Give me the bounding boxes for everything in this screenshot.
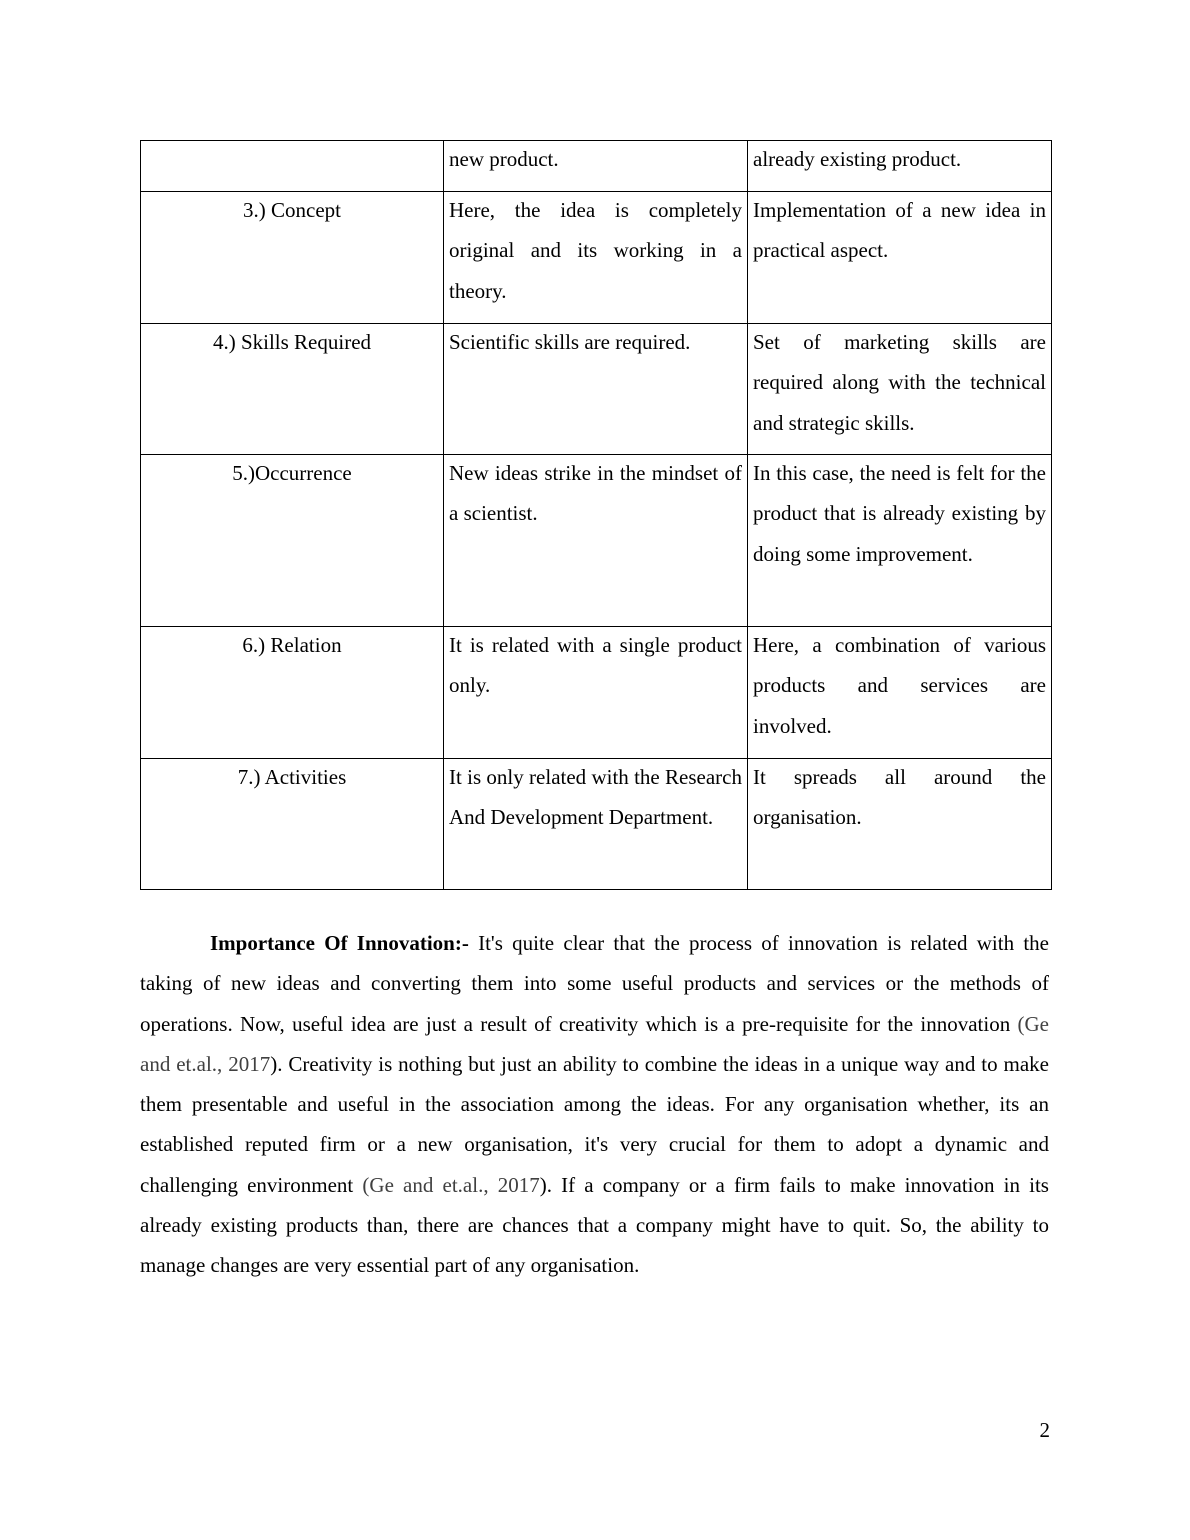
- row-label: 6.) Relation: [146, 625, 438, 665]
- table-row: 6.) Relation It is related with a single…: [141, 627, 1052, 759]
- innovation-cell: It is only related with the Research And…: [444, 759, 748, 890]
- innovation-text: New ideas strike in the mindset of a sci…: [449, 453, 742, 534]
- other-text: already existing product.: [753, 139, 1046, 179]
- table-row: 7.) Activities It is only related with t…: [141, 759, 1052, 890]
- other-text: Here, a combination of various products …: [753, 625, 1046, 746]
- row-label-cell: 3.) Concept: [141, 192, 444, 324]
- table-row: new product. already existing product.: [141, 141, 1052, 192]
- row-label-cell: 6.) Relation: [141, 627, 444, 759]
- row-label: 5.)Occurrence: [146, 453, 438, 493]
- row-label-cell: [141, 141, 444, 192]
- table-row: 4.) Skills Required Scientific skills ar…: [141, 324, 1052, 455]
- row-label-cell: 4.) Skills Required: [141, 324, 444, 455]
- comparison-table: new product. already existing product. 3…: [140, 140, 1052, 890]
- other-text: Set of marketing skills are required alo…: [753, 322, 1046, 443]
- other-cell: It spreads all around the organisation.: [748, 759, 1052, 890]
- row-label: 4.) Skills Required: [146, 322, 438, 362]
- table-row: 5.)Occurrence New ideas strike in the mi…: [141, 455, 1052, 627]
- innovation-cell: New ideas strike in the mindset of a sci…: [444, 455, 748, 627]
- innovation-text: Here, the idea is completely original an…: [449, 190, 742, 311]
- row-label: 3.) Concept: [146, 190, 438, 230]
- table-row: 3.) Concept Here, the idea is completely…: [141, 192, 1052, 324]
- other-text: It spreads all around the organisation.: [753, 757, 1046, 838]
- innovation-text: Scientific skills are required.: [449, 322, 742, 362]
- other-cell: Implementation of a new idea in practica…: [748, 192, 1052, 324]
- row-label: 7.) Activities: [146, 757, 438, 797]
- innovation-text: It is related with a single product only…: [449, 625, 742, 706]
- other-text: In this case, the need is felt for the p…: [753, 453, 1046, 574]
- page-number: 2: [1020, 1416, 1050, 1444]
- other-cell: Here, a combination of various products …: [748, 627, 1052, 759]
- innovation-cell: new product.: [444, 141, 748, 192]
- innovation-text: It is only related with the Research And…: [449, 757, 742, 838]
- innovation-cell: Here, the idea is completely original an…: [444, 192, 748, 324]
- section-heading: Importance Of Innovation:-: [210, 931, 469, 955]
- row-label-cell: 7.) Activities: [141, 759, 444, 890]
- row-label-cell: 5.)Occurrence: [141, 455, 444, 627]
- other-cell: Set of marketing skills are required alo…: [748, 324, 1052, 455]
- other-text: Implementation of a new idea in practica…: [753, 190, 1046, 271]
- other-cell: already existing product.: [748, 141, 1052, 192]
- innovation-text: new product.: [449, 139, 742, 179]
- document-page: new product. already existing product. 3…: [0, 0, 1190, 1540]
- importance-of-innovation-paragraph: Importance Of Innovation:- It's quite cl…: [140, 923, 1049, 1286]
- innovation-cell: Scientific skills are required.: [444, 324, 748, 455]
- citation: (Ge and et.al., 2017: [362, 1173, 539, 1197]
- innovation-cell: It is related with a single product only…: [444, 627, 748, 759]
- other-cell: In this case, the need is felt for the p…: [748, 455, 1052, 627]
